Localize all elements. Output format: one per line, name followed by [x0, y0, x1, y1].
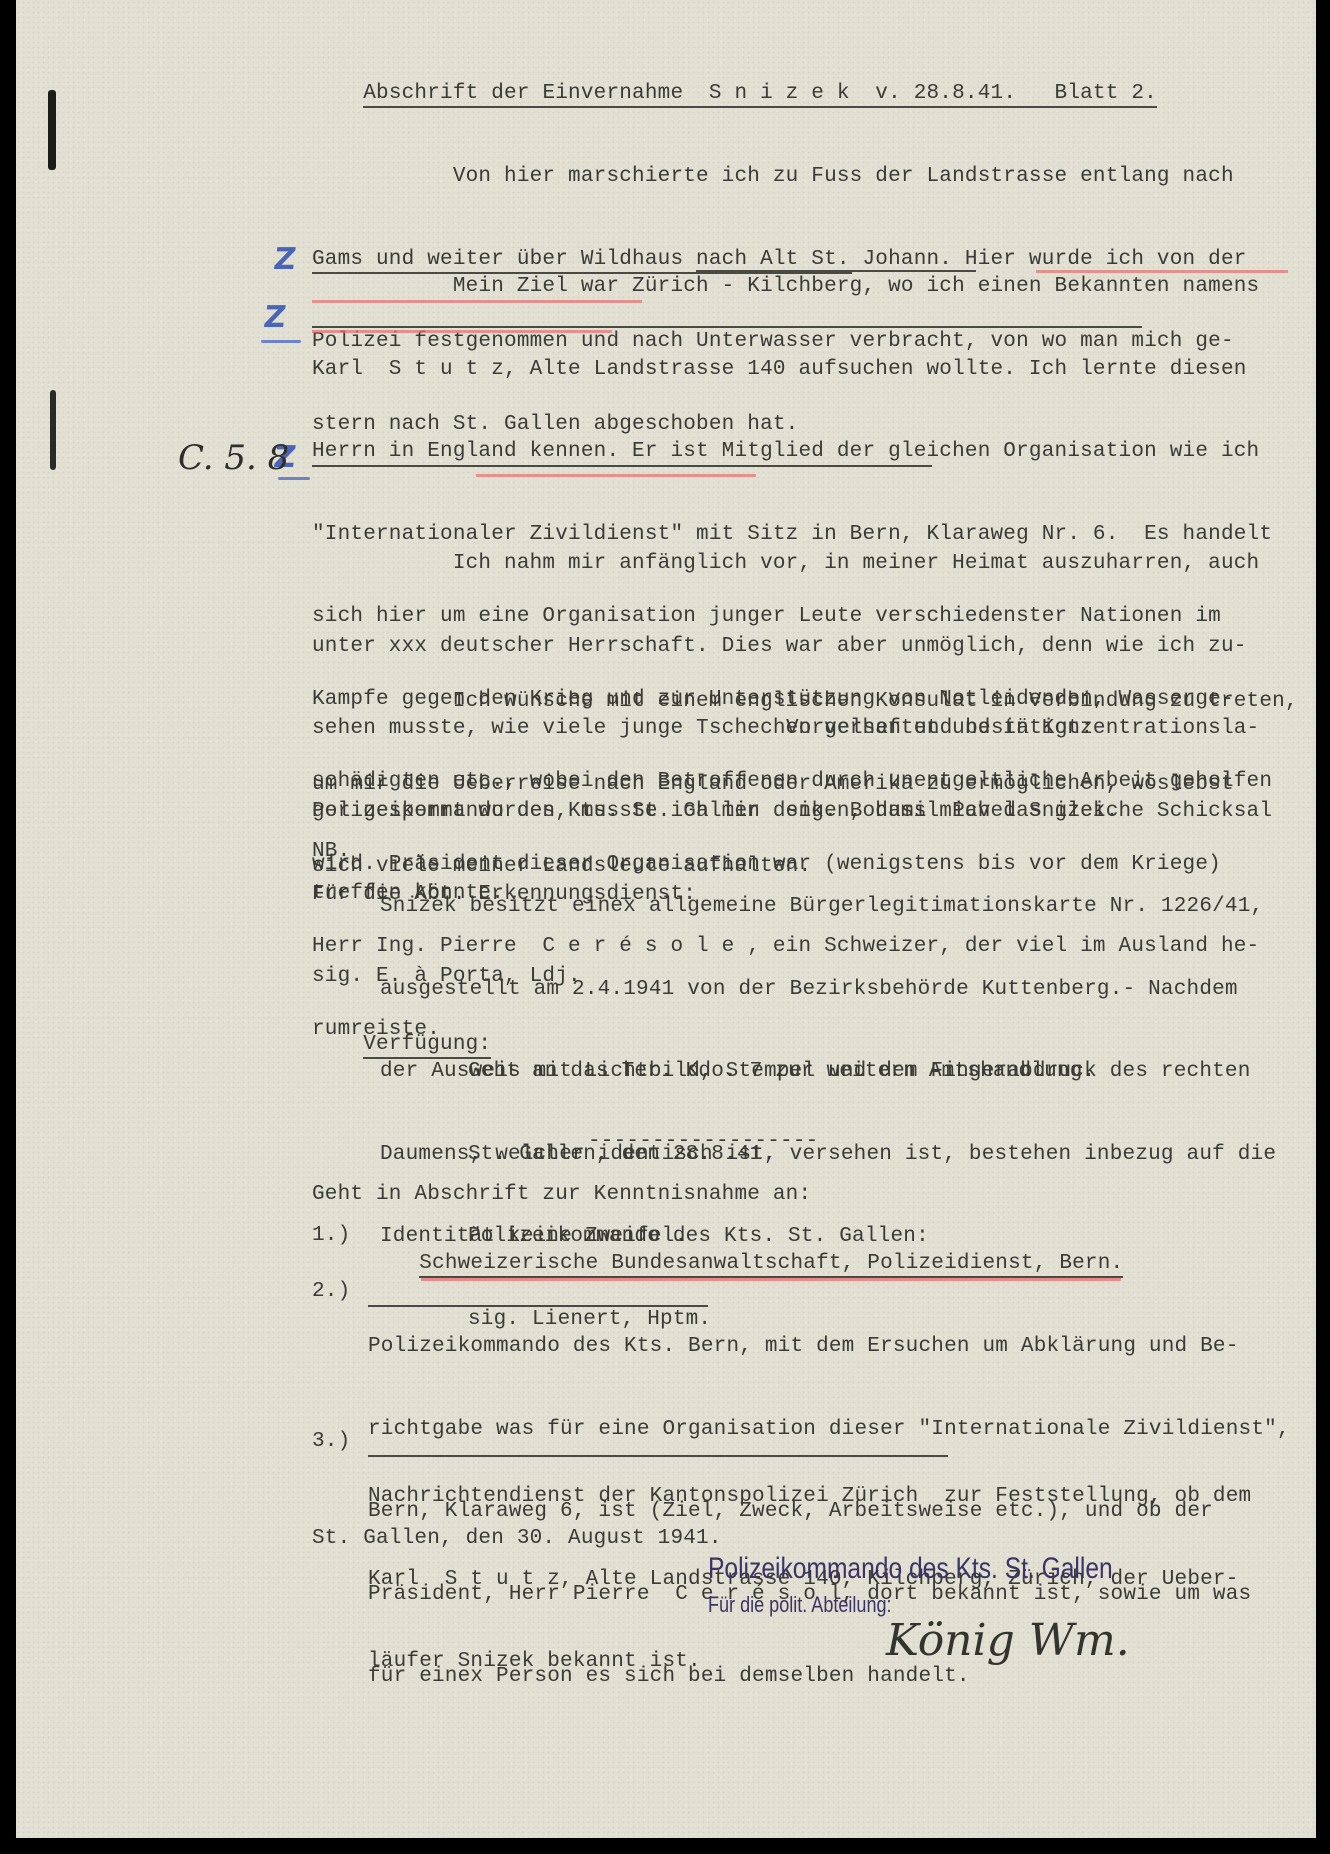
text-line: Herrn in England kennen. Er ist Mitglied…: [312, 438, 1272, 466]
text-line: Mein Ziel war Zürich - Kilchberg, wo ich…: [312, 273, 1272, 301]
place-date: St. Gallen, den 30. August 1941.: [312, 1525, 722, 1553]
underline-mark: [368, 1455, 948, 1457]
official-stamp-line-2: Für die polit. Abteilung:: [708, 1592, 892, 1618]
title-text: Abschrift der Einvernahme S n i z e k v.…: [363, 82, 1157, 108]
text-line: Von hier marschierte ich zu Fuss der Lan…: [312, 163, 1247, 191]
red-underline-mark: [312, 330, 612, 333]
blue-z-mark: Z: [262, 300, 289, 335]
blue-z-mark: Z: [272, 242, 299, 277]
punch-hole-mark: [50, 390, 56, 470]
handwritten-annotation: C. 5. 8: [178, 438, 289, 478]
text-line: Nachrichtendienst der Kantonspolizei Zür…: [368, 1483, 1251, 1511]
underline-mark: [312, 465, 932, 467]
distribution-intro: Geht in Abschrift zur Kenntnisnahme an:: [312, 1181, 811, 1209]
underline-mark: [368, 1305, 708, 1307]
distribution-item-1-number: 1.): [312, 1222, 350, 1250]
nb-label: NB.: [312, 838, 350, 866]
police-command-label: Polizeikommando des Kts. St. Gallen: [312, 800, 760, 823]
handwritten-signature: König Wm.: [886, 1615, 1130, 1666]
separator-line: ------------------: [588, 1128, 818, 1156]
text-line: Schweizerische Bundesanwaltschaft, Poliz…: [419, 1252, 1123, 1278]
punch-hole-mark: [48, 90, 56, 170]
red-underline-mark: [1036, 270, 1288, 273]
text-line: Polizeikommando des Kts. Bern, mit dem E…: [368, 1333, 1290, 1361]
distribution-item-3-number: 3.): [312, 1428, 350, 1456]
underline-mark: [312, 326, 1142, 328]
red-underline-mark: [476, 474, 756, 477]
text-line: Ich wünsche mit einem englischen Konsula…: [312, 688, 1298, 716]
blue-pencil-stroke: [261, 340, 301, 343]
underline-mark: [312, 272, 852, 274]
official-stamp-line-1: Polizeikommando des Kts. St. Gallen: [708, 1552, 1113, 1586]
red-underline-mark: [312, 300, 642, 303]
text-line: Karl S t u t z, Alte Landstrasse 140 auf…: [312, 356, 1272, 384]
document-page: Abschrift der Einvernahme S n i z e k v.…: [16, 0, 1316, 1838]
distribution-item-2-number: 2.): [312, 1278, 350, 1306]
text-line: Snizek besitzt einex allgemeine Bürgerle…: [380, 893, 1276, 921]
text-line: ausgestellt am 2.4.1941 von der Bezirksb…: [380, 976, 1276, 1004]
signatory-name: sig. Bohumil Pavel Snizek.: [786, 800, 1119, 823]
confirmation-text: Vorgelsen und bestätigt:: [786, 715, 1093, 743]
text-line: Geht an das Ter. Kdo. 7 zur weitern Amts…: [468, 1058, 1095, 1086]
verfuegung-label: Verfügung:: [312, 1003, 491, 1086]
text-line: Ich nahm mir anfänglich vor, in meiner H…: [312, 550, 1272, 578]
